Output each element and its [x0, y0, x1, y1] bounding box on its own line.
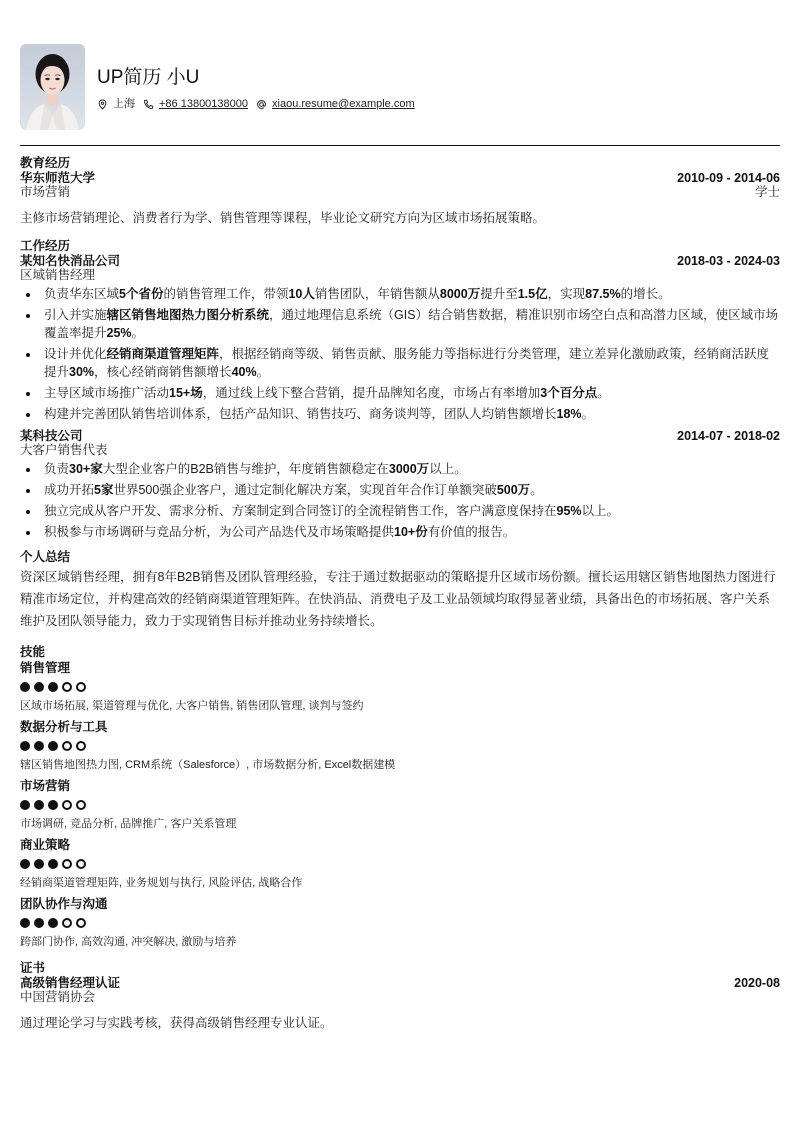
section-title-summary: 个人总结 — [20, 550, 780, 565]
bullet-item: 负责华东区域5个省份的销售管理工作，带领10人销售团队，年销售额从8000万提升… — [20, 285, 780, 303]
education-description: 主修市场营销理论、消费者行为学、销售管理等课程，毕业论文研究方向为区域市场拓展策… — [20, 208, 780, 228]
work-bullets: 负责30+家大型企业客户的B2B销售与维护，年度销售额稳定在3000万以上。成功… — [20, 460, 780, 541]
section-title-skills: 技能 — [20, 645, 780, 660]
work-bullets: 负责华东区域5个省份的销售管理工作，带领10人销售团队，年销售额从8000万提升… — [20, 285, 780, 423]
empty-dot-icon — [62, 682, 72, 692]
filled-dot-icon — [34, 682, 44, 692]
filled-dot-icon — [20, 918, 30, 928]
skill-item: 市场营销市场调研, 竞品分析, 品牌推广, 客户关系管理 — [20, 778, 780, 831]
skill-level-rating — [20, 682, 780, 693]
work-entry-sub: 区域销售经理 — [20, 268, 780, 282]
skill-name: 数据分析与工具 — [20, 719, 780, 735]
job-title: 区域销售经理 — [20, 268, 95, 282]
at-sign-icon — [256, 99, 267, 110]
skills-section: 技能 销售管理区域市场拓展, 渠道管理与优化, 大客户销售, 销售团队管理, 谈… — [20, 645, 780, 949]
job-title: 大客户销售代表 — [20, 443, 108, 457]
summary-text: 资深区域销售经理，拥有8年B2B销售及团队管理经验，专注于通过数据驱动的策略提升… — [20, 566, 780, 632]
resume-header: UP简历 小U 上海 +86 13800138000 — [20, 44, 780, 130]
profile-photo — [20, 44, 85, 130]
certificates-section: 证书 高级销售经理认证 2020-08 中国营销协会 通过理论学习与实践考核，获… — [20, 961, 780, 1033]
contact-phone[interactable]: +86 13800138000 — [143, 96, 248, 113]
bullet-item: 主导区域市场推广活动15+场，通过线上线下整合营销，提升品牌知名度，市场占有率增… — [20, 384, 780, 402]
filled-dot-icon — [20, 859, 30, 869]
resume-page: UP简历 小U 上海 +86 13800138000 — [0, 0, 800, 1033]
bullet-item: 积极参与市场调研与竞品分析，为公司产品迭代及市场策略提供10+份有价值的报告。 — [20, 523, 780, 541]
skill-name: 销售管理 — [20, 660, 780, 676]
candidate-name: UP简历 小U — [97, 65, 423, 91]
filled-dot-icon — [48, 859, 58, 869]
skill-name: 市场营销 — [20, 778, 780, 794]
skill-keywords: 区域市场拓展, 渠道管理与优化, 大客户销售, 销售团队管理, 谈判与签约 — [20, 699, 780, 713]
education-date: 2010-09 - 2014-06 — [677, 171, 780, 185]
work-entry: 某知名快消品公司 2018-03 - 2024-03 区域销售经理 负责华东区域… — [20, 254, 780, 423]
certificate-description: 通过理论学习与实践考核，获得高级销售经理专业认证。 — [20, 1013, 780, 1033]
skill-level-rating — [20, 918, 780, 929]
bullet-item: 构建并完善团队销售培训体系，包括产品知识、销售技巧、商务谈判等，团队人均销售额增… — [20, 405, 780, 423]
work-date: 2014-07 - 2018-02 — [677, 429, 780, 443]
empty-dot-icon — [62, 918, 72, 928]
education-entry-sub: 市场营销 学士 — [20, 185, 780, 199]
map-pin-icon — [97, 99, 108, 110]
bullet-item: 设计并优化经销商渠道管理矩阵，根据经销商等级、销售贡献、服务能力等指标进行分类管… — [20, 345, 780, 381]
bullet-item: 负责30+家大型企业客户的B2B销售与维护，年度销售额稳定在3000万以上。 — [20, 460, 780, 478]
phone-link[interactable]: +86 13800138000 — [159, 96, 248, 113]
degree: 学士 — [755, 185, 780, 199]
filled-dot-icon — [34, 918, 44, 928]
skill-item: 商业策略经销商渠道管理矩阵, 业务规划与执行, 风险评估, 战略合作 — [20, 837, 780, 890]
skill-keywords: 经销商渠道管理矩阵, 业务规划与执行, 风险评估, 战略合作 — [20, 876, 780, 890]
work-entry-sub: 大客户销售代表 — [20, 443, 780, 457]
filled-dot-icon — [48, 800, 58, 810]
skill-item: 数据分析与工具辖区销售地图热力图, CRM系统（Salesforce）, 市场数… — [20, 719, 780, 772]
work-section: 工作经历 某知名快消品公司 2018-03 - 2024-03 区域销售经理 负… — [20, 239, 780, 541]
company-name: 某知名快消品公司 — [20, 254, 120, 268]
education-entry-head: 华东师范大学 2010-09 - 2014-06 — [20, 171, 780, 185]
skills-list: 销售管理区域市场拓展, 渠道管理与优化, 大客户销售, 销售团队管理, 谈判与签… — [20, 660, 780, 949]
work-entry-head: 某科技公司 2014-07 - 2018-02 — [20, 429, 780, 443]
work-date: 2018-03 - 2024-03 — [677, 254, 780, 268]
certificate-issuer: 中国营销协会 — [20, 990, 95, 1004]
filled-dot-icon — [20, 741, 30, 751]
skill-level-rating — [20, 800, 780, 811]
contact-row: 上海 +86 13800138000 xiaou.resume@example.… — [97, 96, 423, 113]
filled-dot-icon — [34, 741, 44, 751]
skill-name: 团队协作与沟通 — [20, 896, 780, 912]
summary-section: 个人总结 资深区域销售经理，拥有8年B2B销售及团队管理经验，专注于通过数据驱动… — [20, 550, 780, 632]
certificate-name: 高级销售经理认证 — [20, 976, 120, 990]
bullet-item: 成功开拓5家世界500强企业客户，通过定制化解决方案，实现首年合作订单额突破50… — [20, 481, 780, 499]
empty-dot-icon — [62, 741, 72, 751]
phone-icon — [143, 99, 154, 110]
filled-dot-icon — [20, 682, 30, 692]
filled-dot-icon — [48, 741, 58, 751]
skill-keywords: 市场调研, 竞品分析, 品牌推广, 客户关系管理 — [20, 817, 780, 831]
filled-dot-icon — [48, 918, 58, 928]
contact-email[interactable]: xiaou.resume@example.com — [256, 96, 415, 113]
major: 市场营销 — [20, 185, 70, 199]
email-link[interactable]: xiaou.resume@example.com — [272, 96, 415, 113]
company-name: 某科技公司 — [20, 429, 83, 443]
bullet-item: 引入并实施辖区销售地图热力图分析系统，通过地理信息系统（GIS）结合销售数据，精… — [20, 306, 780, 342]
certificate-entry-head: 高级销售经理认证 2020-08 — [20, 976, 780, 990]
skill-level-rating — [20, 859, 780, 870]
section-title-education: 教育经历 — [20, 156, 780, 171]
skill-name: 商业策略 — [20, 837, 780, 853]
contact-location: 上海 — [97, 96, 135, 113]
skill-keywords: 辖区销售地图热力图, CRM系统（Salesforce）, 市场数据分析, Ex… — [20, 758, 780, 772]
empty-dot-icon — [76, 741, 86, 751]
skill-item: 销售管理区域市场拓展, 渠道管理与优化, 大客户销售, 销售团队管理, 谈判与签… — [20, 660, 780, 713]
section-title-work: 工作经历 — [20, 239, 780, 254]
filled-dot-icon — [34, 800, 44, 810]
portrait-image — [20, 44, 85, 130]
filled-dot-icon — [34, 859, 44, 869]
header-info: UP简历 小U 上海 +86 13800138000 — [97, 65, 423, 113]
school-name: 华东师范大学 — [20, 171, 95, 185]
empty-dot-icon — [76, 859, 86, 869]
work-entry: 某科技公司 2014-07 - 2018-02 大客户销售代表 负责30+家大型… — [20, 429, 780, 541]
education-entry: 华东师范大学 2010-09 - 2014-06 市场营销 学士 主修市场营销理… — [20, 171, 780, 228]
certificate-entry: 高级销售经理认证 2020-08 中国营销协会 通过理论学习与实践考核，获得高级… — [20, 976, 780, 1033]
filled-dot-icon — [48, 682, 58, 692]
certificate-date: 2020-08 — [734, 976, 780, 990]
work-entry-head: 某知名快消品公司 2018-03 - 2024-03 — [20, 254, 780, 268]
certificate-entry-sub: 中国营销协会 — [20, 990, 780, 1004]
skill-keywords: 跨部门协作, 高效沟通, 冲突解决, 激励与培养 — [20, 935, 780, 949]
header-divider — [20, 145, 780, 146]
empty-dot-icon — [62, 800, 72, 810]
empty-dot-icon — [76, 682, 86, 692]
filled-dot-icon — [20, 800, 30, 810]
skill-item: 团队协作与沟通跨部门协作, 高效沟通, 冲突解决, 激励与培养 — [20, 896, 780, 949]
education-section: 教育经历 华东师范大学 2010-09 - 2014-06 市场营销 学士 主修… — [20, 156, 780, 228]
skill-level-rating — [20, 741, 780, 752]
empty-dot-icon — [76, 918, 86, 928]
empty-dot-icon — [62, 859, 72, 869]
empty-dot-icon — [76, 800, 86, 810]
section-title-certificates: 证书 — [20, 961, 780, 976]
bullet-item: 独立完成从客户开发、需求分析、方案制定到合同签订的全流程销售工作，客户满意度保持… — [20, 502, 780, 520]
location-text: 上海 — [113, 96, 135, 113]
